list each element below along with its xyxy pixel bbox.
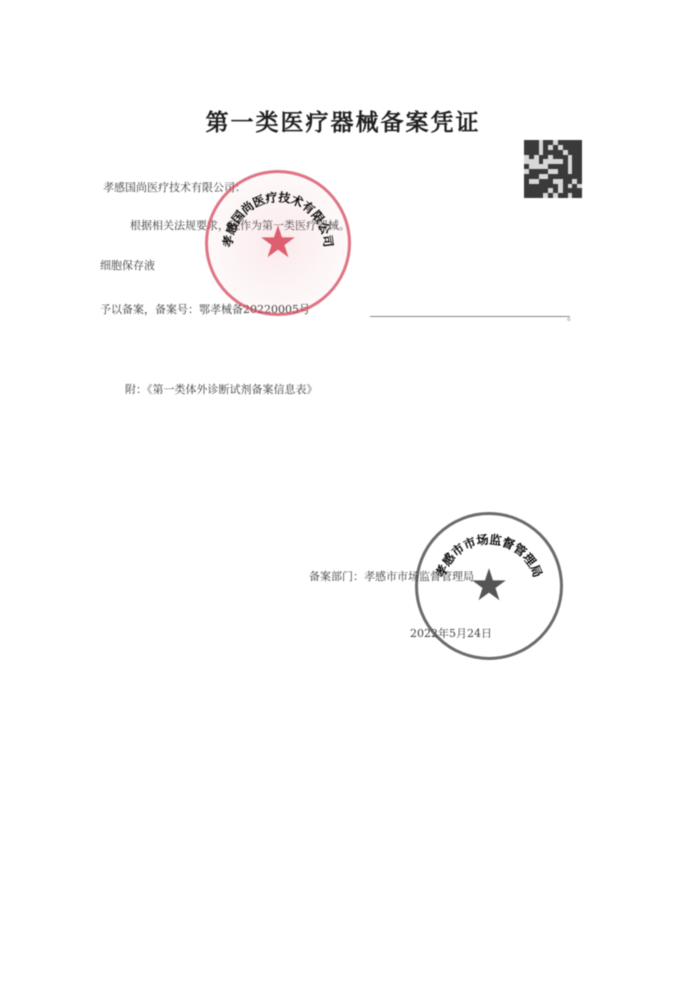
company-seal: 孝感国尚医疗技术有限公司 ★ bbox=[205, 170, 351, 316]
qr-code-icon bbox=[524, 140, 582, 198]
filing-period: 。 bbox=[567, 308, 577, 323]
company-seal-text: 孝感国尚医疗技术有限公司 bbox=[218, 183, 338, 303]
department-seal-text: 孝感市市场监督管理局 bbox=[428, 525, 550, 647]
attachment-line: 附：《第一类体外诊断试剂备案信息表》 bbox=[125, 381, 318, 397]
svg-text:孝感国尚医疗技术有限公司: 孝感国尚医疗技术有限公司 bbox=[220, 189, 336, 249]
department-seal: 孝感市市场监督管理局 ★ bbox=[415, 512, 563, 660]
product-name: 细胞保存液 bbox=[100, 257, 155, 273]
filing-underline bbox=[370, 316, 570, 317]
document-title: 第一类医疗器械备案凭证 bbox=[0, 104, 686, 137]
certificate-page: 第一类医疗器械备案凭证 孝感国尚医疗技术有限公司： 根据相关法规要求，现作为第一… bbox=[0, 0, 686, 1000]
svg-text:孝感市市场监督管理局: 孝感市市场监督管理局 bbox=[432, 531, 545, 580]
